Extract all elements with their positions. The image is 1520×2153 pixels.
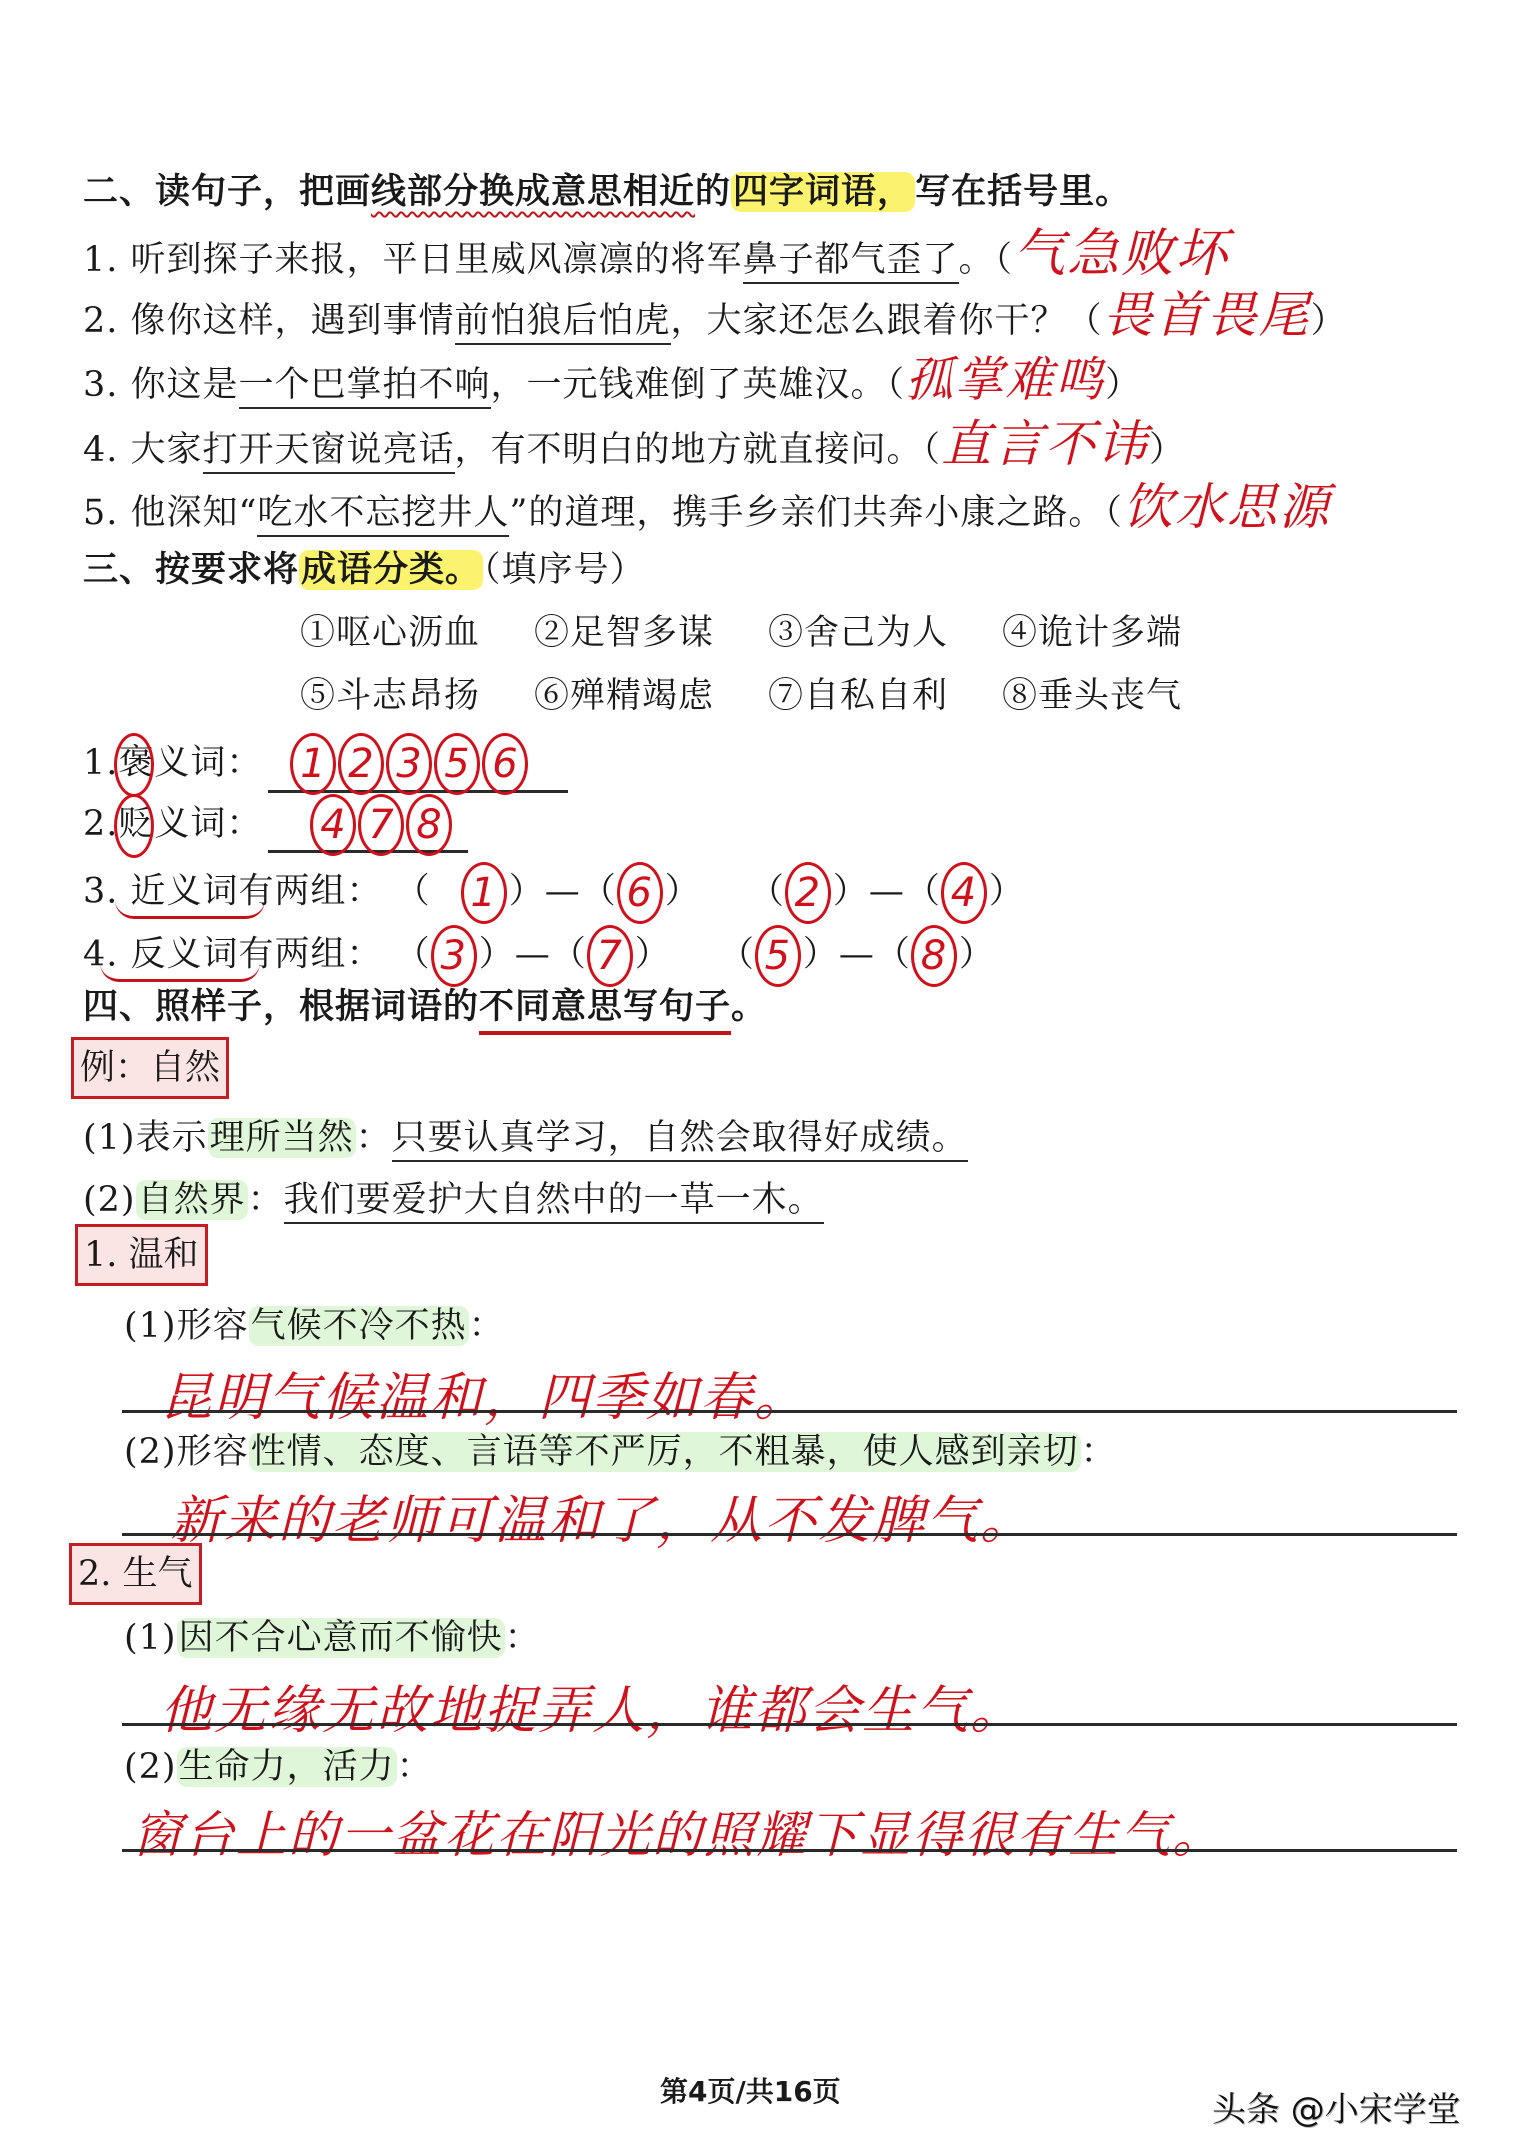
meaning-label: (2)形容 bbox=[124, 1432, 249, 1472]
paren: ） bbox=[509, 872, 545, 912]
paren: ） bbox=[833, 872, 869, 912]
circled-answer: 8 bbox=[911, 925, 957, 987]
red-underlined-text: 不同意思写句子 bbox=[479, 987, 731, 1035]
question-item-5: 5. 他深知“吃水不忘挖井人”的道理，携手乡亲们共奔小康之路。（饮水思源 bbox=[83, 485, 1331, 535]
circled-answer: 3 bbox=[386, 733, 432, 795]
underlined-phrase: 打开天窗说亮话 bbox=[203, 430, 455, 474]
red-circle-mark bbox=[114, 733, 154, 797]
paren: ） bbox=[989, 872, 1025, 912]
question-text: 2. 像你这样，遇到事情 bbox=[83, 301, 455, 341]
question-text: ”的道理，携手乡亲们共奔小康之路。（ bbox=[509, 493, 1122, 533]
circled-answer: 8 bbox=[406, 794, 452, 856]
circled-answer: 6 bbox=[617, 862, 663, 924]
circled-answer: 7 bbox=[587, 925, 633, 987]
meaning-label: (2) bbox=[124, 1747, 177, 1787]
section-4-title: 四、照样子，根据词语的不同意思写句子。 bbox=[83, 985, 767, 1029]
example-sentence-2: (2)自然界：我们要爱护大自然中的一草一木。 bbox=[83, 1178, 824, 1222]
handwritten-answer: 直言不讳 bbox=[941, 415, 1149, 473]
handwritten-answer: 畏首畏尾 bbox=[1103, 286, 1311, 344]
title-text: （填序号） bbox=[483, 550, 646, 590]
section-2-title: 二、读句子，把画线部分换成意思相近的四字词语，写在括号里。 bbox=[83, 170, 1131, 214]
meaning-label: (2) bbox=[83, 1180, 136, 1220]
wenhe-meaning-1: (1)形容气候不冷不热： bbox=[124, 1304, 505, 1348]
circled-answer: 2 bbox=[785, 862, 831, 924]
underlined-phrase: 前怕狼后怕虎 bbox=[455, 301, 671, 345]
underlined-phrase: 一个巴掌拍不响 bbox=[239, 365, 491, 409]
handwritten-sentence: 他无缘无故地捉弄人，谁都会生气。 bbox=[160, 1668, 1024, 1743]
negative-answers: 478 bbox=[310, 794, 454, 856]
red-circle-mark bbox=[114, 794, 154, 858]
highlighted-meaning: 理所当然 bbox=[208, 1118, 356, 1158]
word-box-shengqi: 2. 生气 bbox=[69, 1543, 202, 1605]
watermark: 头条 @小宋学堂 bbox=[1212, 2082, 1461, 2131]
highlighted-meaning: 生命力，活力 bbox=[177, 1747, 397, 1787]
circled-answer: 5 bbox=[434, 733, 480, 795]
shengqi-meaning-1: (1)因不合心意而不愉快： bbox=[124, 1616, 541, 1660]
idiom-option: ①呕心沥血 bbox=[300, 611, 480, 655]
colon: ： bbox=[397, 1747, 433, 1787]
idiom-option: ④诡计多端 bbox=[1002, 611, 1182, 655]
key-char-circled: 褒 bbox=[118, 743, 154, 783]
positive-answers: 12356 bbox=[290, 733, 530, 795]
handwritten-sentence: 昆明气候温和，四季如春。 bbox=[160, 1355, 808, 1430]
title-text: 写在括号里。 bbox=[915, 172, 1131, 212]
title-text: 四、照样子，根据词语的 bbox=[83, 987, 479, 1027]
wenhe-meaning-2: (2)形容性情、态度、言语等不严厉，不粗暴，使人感到亲切： bbox=[124, 1430, 1117, 1474]
key-char-circled: 贬 bbox=[118, 804, 154, 844]
paren: （ bbox=[395, 935, 431, 975]
meaning-label: (1)表示 bbox=[83, 1118, 208, 1158]
paren: （ bbox=[581, 872, 617, 912]
highlighted-text: 四字词语， bbox=[731, 172, 915, 212]
answer-line bbox=[122, 1533, 1457, 1536]
highlighted-meaning: 自然界 bbox=[136, 1180, 248, 1220]
classify-question-positive: 1.褒义词： bbox=[83, 741, 262, 785]
answer-line bbox=[122, 1410, 1457, 1413]
question-label: 义词： bbox=[154, 804, 262, 844]
red-loop-underline bbox=[115, 900, 265, 919]
idiom-option: ⑧垂头丧气 bbox=[1002, 674, 1182, 718]
section-3-title: 三、按要求将成语分类。（填序号） bbox=[83, 548, 646, 592]
colon: ： bbox=[469, 1306, 505, 1346]
underlined-phrase: 鼻子都气歪了 bbox=[743, 240, 959, 284]
idiom-list-row-2: ⑤斗志昂扬⑥殚精竭虑⑦自私自利⑧垂头丧气 bbox=[300, 674, 1236, 718]
meaning-label: (1)形容 bbox=[124, 1306, 249, 1346]
question-text: 1. 听到探子来报，平日里威风凛凛的将军 bbox=[83, 240, 743, 280]
example-sentence-1: (1)表示理所当然：只要认真学习，自然会取得好成绩。 bbox=[83, 1116, 968, 1160]
dash: — bbox=[839, 935, 875, 975]
paren: ） bbox=[479, 935, 515, 975]
highlighted-meaning: 性情、态度、言语等不严厉，不粗暴，使人感到亲切 bbox=[249, 1432, 1081, 1472]
circled-answer: 3 bbox=[431, 925, 477, 987]
circled-answer: 7 bbox=[358, 794, 404, 856]
question-text: 3. 你这是 bbox=[83, 365, 239, 405]
question-item-3: 3. 你这是一个巴掌拍不响，一元钱难倒了英雄汉。（孤掌难鸣） bbox=[83, 358, 1141, 407]
colon: ： bbox=[356, 1118, 392, 1158]
idiom-option: ⑥殚精竭虑 bbox=[534, 674, 714, 718]
circled-answer: 5 bbox=[755, 925, 801, 987]
question-text: 。（ bbox=[959, 240, 1014, 280]
question-text: ） bbox=[1149, 430, 1185, 470]
paren: （ bbox=[905, 872, 941, 912]
title-text: 三、按要求将 bbox=[83, 550, 299, 590]
title-text: 。 bbox=[731, 987, 767, 1027]
paren: （ bbox=[749, 872, 785, 912]
paren: （ bbox=[875, 935, 911, 975]
circled-answer: 2 bbox=[338, 733, 384, 795]
handwritten-answer: 饮水思源 bbox=[1123, 478, 1331, 536]
question-label: 义词： bbox=[154, 743, 262, 783]
page-number: 第4页/共16页 bbox=[660, 2070, 841, 2110]
paren: （ bbox=[551, 935, 587, 975]
idiom-option: ⑤斗志昂扬 bbox=[300, 674, 480, 718]
circled-answer: 4 bbox=[310, 794, 356, 856]
word-box-wenhe: 1. 温和 bbox=[75, 1224, 208, 1286]
circled-answer: 1 bbox=[461, 862, 507, 924]
circled-answer: 1 bbox=[290, 733, 336, 795]
idiom-list-row-1: ①呕心沥血②足智多谋③舍己为人④诡计多端 bbox=[300, 611, 1236, 655]
answer-line bbox=[122, 1849, 1457, 1852]
question-text: ） bbox=[1105, 365, 1141, 405]
underlined-phrase: 吃水不忘挖井人 bbox=[257, 493, 509, 537]
question-text: ，大家还怎么跟着你干？（ bbox=[671, 301, 1103, 341]
question-text: ） bbox=[1311, 301, 1347, 341]
paren: ） bbox=[635, 935, 671, 975]
colon: ： bbox=[505, 1618, 541, 1658]
question-number: 1. bbox=[83, 743, 118, 783]
circled-answer: 6 bbox=[482, 733, 528, 795]
handwritten-sentence: 新来的老师可温和了，从不发脾气。 bbox=[170, 1478, 1034, 1553]
example-word-box: 例：自然 bbox=[71, 1037, 229, 1099]
question-item-4: 4. 大家打开天窗说亮话，有不明白的地方就直接问。（直言不讳） bbox=[83, 422, 1185, 472]
example-sentence: 我们要爱护大自然中的一草一木。 bbox=[284, 1180, 824, 1224]
highlighted-meaning: 因不合心意而不愉快 bbox=[177, 1618, 505, 1658]
dash: — bbox=[545, 872, 581, 912]
colon: ： bbox=[248, 1180, 284, 1220]
answer-line bbox=[122, 1723, 1457, 1726]
dash: — bbox=[869, 872, 905, 912]
title-text: 的 bbox=[695, 172, 731, 212]
highlighted-meaning: 气候不冷不热 bbox=[249, 1306, 469, 1346]
question-item-1: 1. 听到探子来报，平日里威风凛凛的将军鼻子都气歪了。（气急败坏 bbox=[83, 232, 1229, 282]
red-loop-underline bbox=[100, 963, 260, 982]
highlighted-text: 成语分类。 bbox=[299, 550, 483, 590]
idiom-option: ②足智多谋 bbox=[534, 611, 714, 655]
question-text: ，一元钱难倒了英雄汉。（ bbox=[491, 365, 906, 405]
idiom-option: ⑦自私自利 bbox=[768, 674, 948, 718]
question-item-2: 2. 像你这样，遇到事情前怕狼后怕虎，大家还怎么跟着你干？（畏首畏尾） bbox=[83, 293, 1347, 343]
paren: ） bbox=[959, 935, 995, 975]
handwritten-answer: 孤掌难鸣 bbox=[905, 352, 1105, 408]
meaning-label: (1) bbox=[124, 1618, 177, 1658]
colon: ： bbox=[1081, 1432, 1117, 1472]
handwritten-answer: 气急败坏 bbox=[1013, 224, 1229, 284]
classify-question-negative: 2.贬义词： bbox=[83, 802, 262, 846]
shengqi-meaning-2: (2)生命力，活力： bbox=[124, 1745, 433, 1789]
circled-answer: 4 bbox=[941, 862, 987, 924]
question-text: 5. 他深知“ bbox=[83, 493, 257, 533]
wavy-underlined-text: 线部分换成意思相近 bbox=[371, 172, 695, 212]
example-sentence: 只要认真学习，自然会取得好成绩。 bbox=[392, 1118, 968, 1162]
title-text: 二、读句子，把画 bbox=[83, 172, 371, 212]
paren: ） bbox=[665, 872, 701, 912]
handwritten-sentence: 窗台上的一盆花在阳光的照耀下显得很有生气。 bbox=[132, 1795, 1224, 1867]
question-number: 2. bbox=[83, 804, 118, 844]
paren: ） bbox=[803, 935, 839, 975]
paren: （ bbox=[395, 872, 431, 912]
paren: （ bbox=[719, 935, 755, 975]
question-text: 4. 大家 bbox=[83, 430, 203, 470]
dash: — bbox=[515, 935, 551, 975]
question-text: ，有不明白的地方就直接问。（ bbox=[455, 430, 942, 470]
idiom-option: ③舍己为人 bbox=[768, 611, 948, 655]
